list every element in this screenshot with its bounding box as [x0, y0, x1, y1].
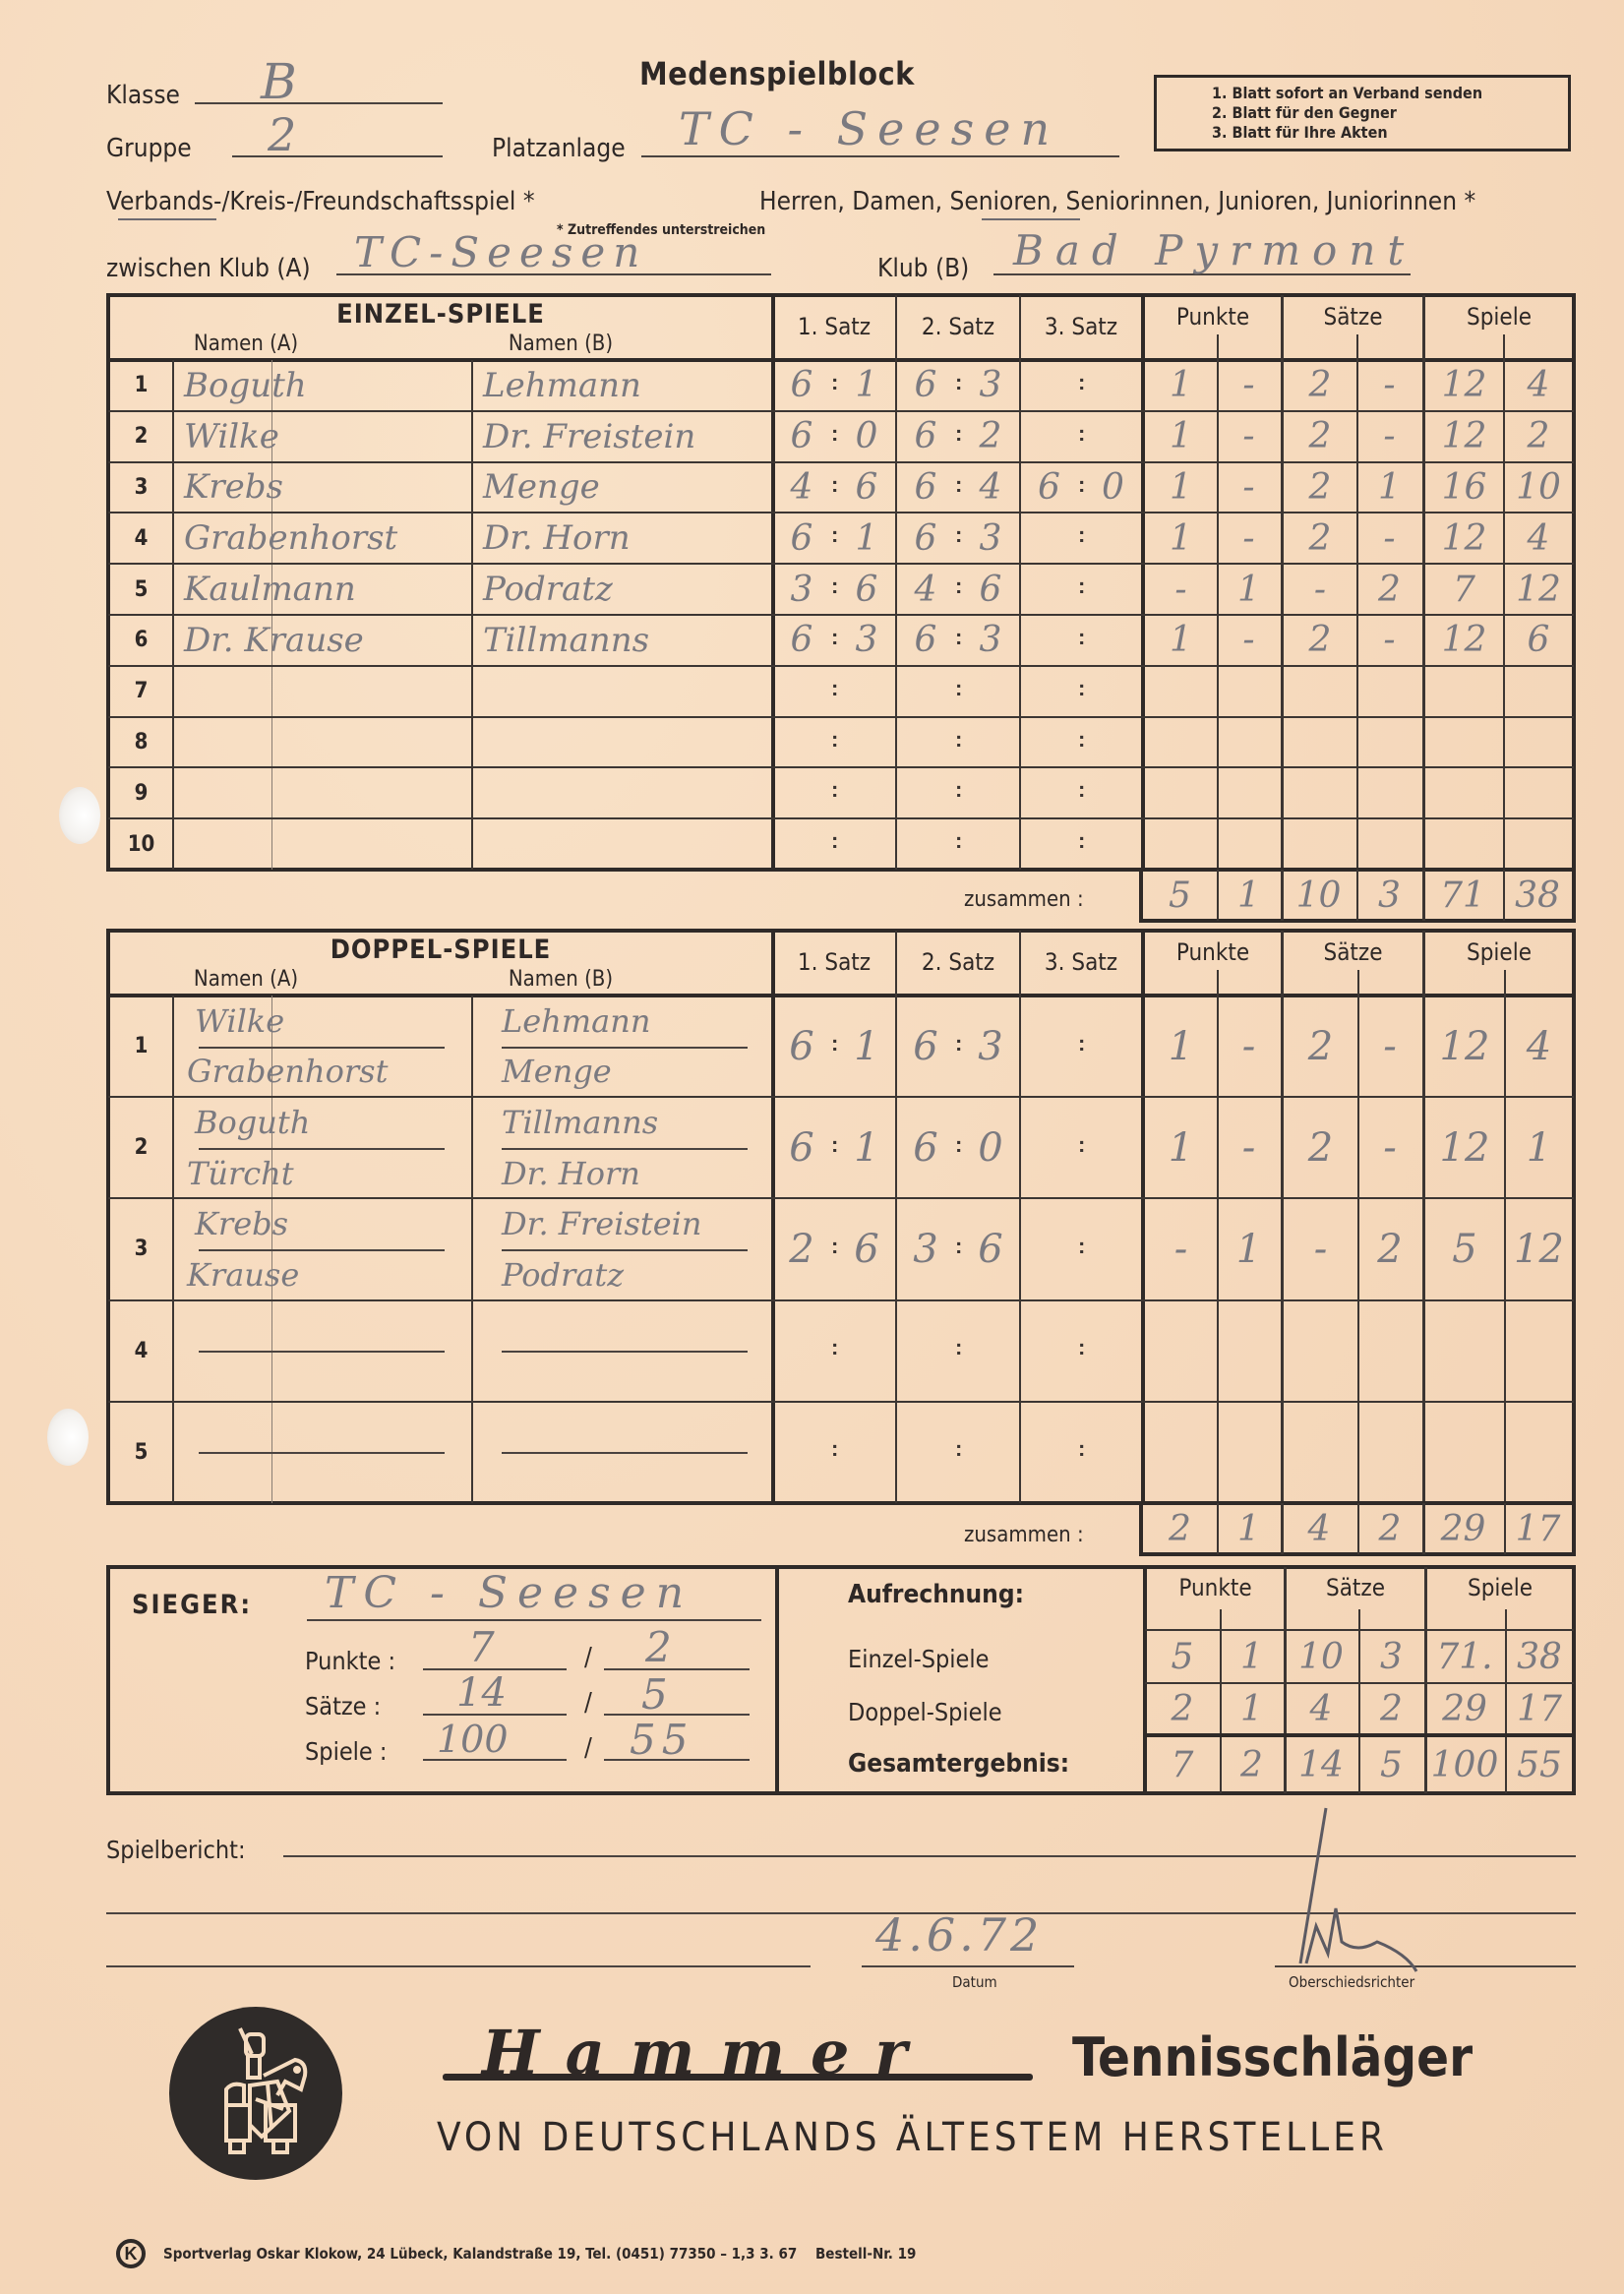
- einzel-punkte-a[interactable]: 1: [1145, 411, 1217, 462]
- einzel-s2-a[interactable]: [897, 666, 954, 717]
- doppel-spiele-a[interactable]: 12: [1425, 1097, 1504, 1198]
- einzel-name-b[interactable]: Podratz: [473, 564, 771, 615]
- doppel-name-a1[interactable]: Boguth: [185, 1097, 470, 1148]
- doppel-s2-b[interactable]: 3: [962, 996, 1019, 1097]
- doppel-name-a1[interactable]: [185, 1300, 470, 1352]
- klub-a-field[interactable]: TC-Seesen: [354, 228, 647, 276]
- einzel-s2-a[interactable]: 6: [897, 462, 954, 513]
- einzel-saetze-b[interactable]: [1356, 767, 1422, 818]
- einzel-s3-a[interactable]: [1021, 666, 1077, 717]
- einzel-punkte-a[interactable]: 1: [1145, 360, 1217, 411]
- einzel-saetze-a[interactable]: [1284, 767, 1356, 818]
- einzel-zusammen-value[interactable]: 1: [1217, 870, 1281, 921]
- einzel-s3-a[interactable]: [1021, 360, 1077, 411]
- doppel-s1-a[interactable]: [773, 1402, 830, 1503]
- aufrechnung-value[interactable]: 2: [1220, 1737, 1284, 1792]
- doppel-spiele-a[interactable]: 5: [1425, 1198, 1504, 1299]
- aufrechnung-value[interactable]: 3: [1358, 1631, 1424, 1682]
- einzel-s2-a[interactable]: 6: [897, 411, 954, 462]
- einzel-punkte-b[interactable]: -: [1217, 360, 1281, 411]
- einzel-name-a[interactable]: Krebs: [174, 462, 471, 513]
- doppel-punkte-a[interactable]: -: [1145, 1198, 1217, 1299]
- einzel-s1-b[interactable]: 1: [838, 513, 895, 564]
- doppel-name-b2[interactable]: [492, 1452, 771, 1503]
- einzel-spiele-b[interactable]: [1503, 717, 1574, 768]
- sieger-spiele-b[interactable]: 55: [630, 1716, 693, 1764]
- aufrechnung-value[interactable]: 55: [1505, 1737, 1574, 1792]
- sieger-label: SIEGER:: [132, 1590, 252, 1620]
- doppel-name-b2[interactable]: Menge: [492, 1047, 771, 1098]
- einzel-name-a[interactable]: Dr. Krause: [174, 615, 471, 666]
- einzel-spiele-a[interactable]: 7: [1425, 564, 1503, 615]
- einzel-punkte-a[interactable]: [1145, 666, 1217, 717]
- doppel-title: DOPPEL-SPIELE: [110, 933, 771, 966]
- einzel-s1-a[interactable]: 6: [773, 411, 830, 462]
- doppel-row-number: 3: [110, 1198, 172, 1299]
- einzel-s2-b[interactable]: [962, 767, 1019, 818]
- einzel-punkte-b[interactable]: -: [1217, 462, 1281, 513]
- einzel-spiele-b[interactable]: 6: [1503, 615, 1574, 666]
- doppel-spiele-a[interactable]: [1425, 1402, 1504, 1503]
- einzel-s2-a[interactable]: [897, 818, 954, 870]
- einzel-saetze-b[interactable]: -: [1356, 615, 1422, 666]
- doppel-row-number: 2: [110, 1097, 172, 1198]
- aufrechnung-value[interactable]: 14: [1284, 1737, 1358, 1792]
- einzel-name-b[interactable]: [473, 767, 771, 818]
- gruppe-line: [232, 155, 443, 157]
- doppel-name-a1[interactable]: Krebs: [185, 1198, 470, 1249]
- signature[interactable]: [1220, 1806, 1475, 1993]
- doppel-spiele-a[interactable]: [1425, 1300, 1504, 1402]
- doppel-zusammen-value[interactable]: 1: [1217, 1503, 1281, 1554]
- einzel-s1-b[interactable]: [838, 818, 895, 870]
- doppel-saetze-b[interactable]: -: [1357, 1097, 1422, 1198]
- doppel-saetze-b[interactable]: [1357, 1402, 1422, 1503]
- einzel-s1-a[interactable]: 6: [773, 360, 830, 411]
- footer-imprint: Sportverlag Oskar Klokow, 24 Lübeck, Kal…: [163, 2245, 916, 2263]
- einzel-punkte-b[interactable]: -: [1217, 513, 1281, 564]
- doppel-punkte-a[interactable]: 1: [1145, 1097, 1217, 1198]
- doppel-col-spiele: Spiele: [1425, 933, 1573, 972]
- einzel-s2-b[interactable]: [962, 717, 1019, 768]
- einzel-s3-a[interactable]: [1021, 615, 1077, 666]
- einzel-s3-b[interactable]: [1085, 717, 1141, 768]
- einzel-s2-a[interactable]: [897, 767, 954, 818]
- sieger-punkte-a[interactable]: 7: [468, 1623, 495, 1671]
- einzel-name-a[interactable]: Kaulmann: [174, 564, 471, 615]
- einzel-punkte-a[interactable]: 1: [1145, 615, 1217, 666]
- einzel-zusammen-value[interactable]: 71: [1422, 870, 1503, 921]
- einzel-s1-b[interactable]: 1: [838, 360, 895, 411]
- einzel-punkte-a[interactable]: -: [1145, 564, 1217, 615]
- sieger-punkte-b[interactable]: 2: [645, 1623, 672, 1671]
- einzel-s2-b[interactable]: 6: [962, 564, 1019, 615]
- klasse-field[interactable]: B: [261, 53, 297, 110]
- einzel-s1-a[interactable]: 6: [773, 513, 830, 564]
- einzel-row-number: 3: [110, 462, 172, 513]
- einzel-name-b[interactable]: [473, 818, 771, 870]
- einzel-s3-b[interactable]: [1085, 564, 1141, 615]
- punch-hole-top: [59, 787, 100, 844]
- einzel-col-satz3: 3. Satz: [1021, 295, 1141, 358]
- datum-field[interactable]: 4.6.72: [875, 1908, 1043, 1962]
- platzanlage-line: [641, 155, 1119, 157]
- doppel-punkte-a[interactable]: 1: [1145, 996, 1217, 1097]
- einzel-s3-a[interactable]: [1021, 411, 1077, 462]
- aufrechnung-value[interactable]: 7: [1145, 1737, 1220, 1792]
- einzel-spiele-b[interactable]: 4: [1503, 360, 1574, 411]
- klub-b-field[interactable]: Bad Pyrmont: [1013, 226, 1415, 274]
- doppel-s1-a[interactable]: 6: [773, 996, 830, 1097]
- doppel-name-a2[interactable]: Türcht: [177, 1148, 470, 1199]
- aufrechnung-value[interactable]: 100: [1424, 1737, 1505, 1792]
- datum-label: Datum: [952, 1973, 997, 1991]
- einzel-s1-a[interactable]: [773, 818, 830, 870]
- doppel-name-b1[interactable]: Dr. Freistein: [492, 1198, 771, 1249]
- aufrechnung-value[interactable]: 29: [1424, 1684, 1505, 1733]
- doppel-col-names-a: Namen (A): [157, 964, 334, 994]
- doppel-name-a1[interactable]: Wilke: [185, 996, 470, 1047]
- doppel-s1-a[interactable]: [773, 1300, 830, 1402]
- einzel-spiele-b[interactable]: [1503, 666, 1574, 717]
- gruppe-field[interactable]: 2: [268, 108, 296, 161]
- doppel-s1-a[interactable]: 6: [773, 1097, 830, 1198]
- einzel-punkte-a[interactable]: 1: [1145, 513, 1217, 564]
- einzel-saetze-a[interactable]: [1284, 717, 1356, 768]
- einzel-spiele-b[interactable]: [1503, 818, 1574, 870]
- einzel-s2-b[interactable]: [962, 818, 1019, 870]
- einzel-saetze-a[interactable]: -: [1284, 564, 1356, 615]
- doppel-name-a2[interactable]: Grabenhorst: [177, 1047, 470, 1098]
- einzel-s3-b[interactable]: [1085, 411, 1141, 462]
- einzel-saetze-a[interactable]: 2: [1284, 615, 1356, 666]
- aufrechnung-col-spiele: Spiele: [1427, 1568, 1573, 1607]
- doppel-saetze-a[interactable]: [1284, 1402, 1357, 1503]
- einzel-s1-a[interactable]: [773, 717, 830, 768]
- einzel-saetze-b[interactable]: 1: [1356, 462, 1422, 513]
- page-title: Medenspielblock: [639, 55, 915, 92]
- einzel-s2-b[interactable]: 3: [962, 513, 1019, 564]
- einzel-name-b[interactable]: Tillmanns: [473, 615, 771, 666]
- einzel-s3-a[interactable]: 6: [1021, 462, 1077, 513]
- gruppe-label: Gruppe: [106, 134, 192, 163]
- einzel-spiele-a[interactable]: [1425, 666, 1503, 717]
- einzel-name-b[interactable]: [473, 666, 771, 717]
- doppel-s1-b[interactable]: 1: [838, 1097, 895, 1198]
- doppel-s3-b[interactable]: [1085, 1097, 1141, 1198]
- einzel-s2-b[interactable]: 3: [962, 615, 1019, 666]
- platzanlage-field[interactable]: TC - Seesen: [679, 102, 1059, 155]
- einzel-saetze-b[interactable]: [1356, 717, 1422, 768]
- aufrechnung-value[interactable]: 4: [1284, 1684, 1358, 1733]
- einzel-spiele-a[interactable]: 16: [1425, 462, 1503, 513]
- einzel-spiele-a[interactable]: 12: [1425, 513, 1503, 564]
- doppel-s3-a[interactable]: [1021, 1402, 1077, 1503]
- doppel-s3-b[interactable]: [1085, 1198, 1141, 1299]
- einzel-s2-a[interactable]: 6: [897, 615, 954, 666]
- doppel-name-b2[interactable]: Dr. Horn: [492, 1148, 771, 1199]
- einzel-punkte-a[interactable]: [1145, 767, 1217, 818]
- einzel-spiele-b[interactable]: 10: [1503, 462, 1574, 513]
- einzel-col-spiele: Spiele: [1425, 297, 1573, 336]
- doppel-s2-a[interactable]: 6: [897, 1097, 954, 1198]
- doppel-s2-a[interactable]: 3: [897, 1198, 954, 1299]
- aufrechnung-value[interactable]: 2: [1358, 1684, 1424, 1733]
- einzel-punkte-a[interactable]: [1145, 818, 1217, 870]
- doppel-name-b1[interactable]: [492, 1300, 771, 1352]
- einzel-name-b[interactable]: Menge: [473, 462, 771, 513]
- einzel-saetze-b[interactable]: [1356, 666, 1422, 717]
- einzel-s1-b[interactable]: 3: [838, 615, 895, 666]
- doppel-s3-b[interactable]: [1085, 1402, 1141, 1503]
- einzel-spiele-a[interactable]: [1425, 717, 1503, 768]
- einzel-s1-a[interactable]: [773, 666, 830, 717]
- doppel-saetze-b[interactable]: 2: [1357, 1198, 1422, 1299]
- doppel-spiele-b[interactable]: [1504, 1402, 1574, 1503]
- einzel-name-a[interactable]: Boguth: [174, 360, 471, 411]
- doppel-name-a1[interactable]: [185, 1402, 470, 1453]
- doppel-spiele-b[interactable]: 4: [1504, 996, 1574, 1097]
- doppel-s3-a[interactable]: [1021, 1300, 1077, 1402]
- einzel-saetze-a[interactable]: [1284, 666, 1356, 717]
- einzel-saetze-a[interactable]: 2: [1284, 513, 1356, 564]
- einzel-s2-b[interactable]: 4: [962, 462, 1019, 513]
- einzel-punkte-a[interactable]: [1145, 717, 1217, 768]
- doppel-zusammen-value[interactable]: 4: [1281, 1503, 1357, 1554]
- doppel-s1-b[interactable]: [838, 1402, 895, 1503]
- doppel-punkte-b[interactable]: -: [1217, 1097, 1281, 1198]
- einzel-s3-b[interactable]: [1085, 666, 1141, 717]
- doppel-name-b1[interactable]: Lehmann: [492, 996, 771, 1047]
- einzel-saetze-b[interactable]: -: [1356, 513, 1422, 564]
- doppel-punkte-b[interactable]: 1: [1217, 1198, 1281, 1299]
- aufrechnung-doppel-label: Doppel-Spiele: [848, 1698, 1002, 1726]
- doppel-saetze-a[interactable]: 2: [1284, 1097, 1357, 1198]
- einzel-s1-b[interactable]: 6: [838, 564, 895, 615]
- ad-slogan: VON DEUTSCHLANDS ÄLTESTEM HERSTELLER: [437, 2115, 1388, 2160]
- einzel-s2-a[interactable]: 6: [897, 360, 954, 411]
- aufrechnung-value[interactable]: 5: [1145, 1631, 1220, 1682]
- einzel-spiele-a[interactable]: 12: [1425, 411, 1503, 462]
- einzel-name-b[interactable]: Lehmann: [473, 360, 771, 411]
- einzel-name-a[interactable]: Grabenhorst: [174, 513, 471, 564]
- doppel-name-b1[interactable]: Tillmanns: [492, 1097, 771, 1148]
- doppel-name-a2[interactable]: Krause: [177, 1249, 470, 1300]
- einzel-s2-a[interactable]: 4: [897, 564, 954, 615]
- aufrechnung-value[interactable]: 1: [1220, 1631, 1284, 1682]
- einzel-saetze-a[interactable]: 2: [1284, 462, 1356, 513]
- datum-line: [862, 1965, 1074, 1967]
- einzel-spiele-b[interactable]: 2: [1503, 411, 1574, 462]
- einzel-name-b[interactable]: Dr. Horn: [473, 513, 771, 564]
- doppel-punkte-b[interactable]: -: [1217, 996, 1281, 1097]
- einzel-s3-b[interactable]: [1085, 360, 1141, 411]
- punch-hole-bottom: [47, 1409, 89, 1466]
- einzel-saetze-b[interactable]: -: [1356, 411, 1422, 462]
- einzel-row-number: 1: [110, 360, 172, 411]
- aufrechnung-value[interactable]: 71.: [1424, 1631, 1505, 1682]
- einzel-punkte-b[interactable]: [1217, 818, 1281, 870]
- einzel-spiele-b[interactable]: 4: [1503, 513, 1574, 564]
- einzel-s2-b[interactable]: 2: [962, 411, 1019, 462]
- doppel-spiele-b[interactable]: 1: [1504, 1097, 1574, 1198]
- einzel-spiele-a[interactable]: [1425, 818, 1503, 870]
- doppel-s2-a[interactable]: [897, 1300, 954, 1402]
- doppel-saetze-b[interactable]: -: [1357, 996, 1422, 1097]
- einzel-s3-a[interactable]: [1021, 513, 1077, 564]
- einzel-col-saetze: Sätze: [1284, 297, 1422, 336]
- einzel-s3-a[interactable]: [1021, 818, 1077, 870]
- doppel-spiele-b[interactable]: [1504, 1300, 1574, 1402]
- einzel-row-number: 7: [110, 666, 172, 717]
- doppel-zusammen-value[interactable]: 17: [1504, 1503, 1572, 1554]
- doppel-s2-b[interactable]: 0: [962, 1097, 1019, 1198]
- einzel-s2-b[interactable]: [962, 666, 1019, 717]
- doppel-name-b1[interactable]: [492, 1402, 771, 1453]
- einzel-punkte-b[interactable]: -: [1217, 411, 1281, 462]
- einzel-saetze-a[interactable]: 2: [1284, 411, 1356, 462]
- einzel-punkte-b[interactable]: -: [1217, 615, 1281, 666]
- doppel-s1-a[interactable]: 2: [773, 1198, 830, 1299]
- kategorien-label: Herren, Damen, Senioren, Seniorinnen, Ju…: [759, 187, 1475, 216]
- einzel-spiele-a[interactable]: 12: [1425, 615, 1503, 666]
- sieger-saetze-b[interactable]: 5: [641, 1670, 668, 1719]
- einzel-name-a[interactable]: [174, 818, 471, 870]
- doppel-punkte-a[interactable]: [1145, 1300, 1217, 1402]
- einzel-s1-b[interactable]: 0: [838, 411, 895, 462]
- einzel-saetze-b[interactable]: [1356, 818, 1422, 870]
- einzel-s3-a[interactable]: [1021, 564, 1077, 615]
- einzel-name-b[interactable]: Dr. Freistein: [473, 411, 771, 462]
- einzel-row-number: 2: [110, 411, 172, 462]
- einzel-name-a[interactable]: [174, 717, 471, 768]
- doppel-spiele-b[interactable]: 12: [1504, 1198, 1574, 1299]
- einzel-s1-a[interactable]: 6: [773, 615, 830, 666]
- klasse-line: [195, 102, 443, 104]
- doppel-s3-b[interactable]: [1085, 996, 1141, 1097]
- einzel-punkte-b[interactable]: 1: [1217, 564, 1281, 615]
- aufrechnung-value[interactable]: 17: [1505, 1684, 1574, 1733]
- einzel-s1-b[interactable]: [838, 717, 895, 768]
- einzel-spiele-a[interactable]: 12: [1425, 360, 1503, 411]
- klub-a-label: zwischen Klub (A): [106, 254, 311, 283]
- doppel-s2-a[interactable]: [897, 1402, 954, 1503]
- doppel-col-satz3: 3. Satz: [1021, 931, 1141, 994]
- einzel-punkte-b[interactable]: [1217, 767, 1281, 818]
- einzel-col-punkte: Punkte: [1145, 297, 1281, 336]
- einzel-s1-b[interactable]: 6: [838, 462, 895, 513]
- sieger-field[interactable]: TC - Seesen: [325, 1568, 693, 1618]
- doppel-s3-a[interactable]: [1021, 1198, 1077, 1299]
- einzel-punkte-b[interactable]: [1217, 717, 1281, 768]
- einzel-spiele-a[interactable]: [1425, 767, 1503, 818]
- einzel-s1-a[interactable]: 4: [773, 462, 830, 513]
- einzel-row-number: 9: [110, 767, 172, 818]
- aufrechnung-value[interactable]: 1: [1220, 1684, 1284, 1733]
- einzel-saetze-b[interactable]: 2: [1356, 564, 1422, 615]
- einzel-zusammen-value[interactable]: 38: [1503, 870, 1572, 921]
- doppel-saetze-a[interactable]: [1284, 1300, 1357, 1402]
- einzel-saetze-b[interactable]: -: [1356, 360, 1422, 411]
- aufrechnung-value[interactable]: 2: [1145, 1684, 1220, 1733]
- einzel-s3-b[interactable]: [1085, 513, 1141, 564]
- klub-b-label: Klub (B): [877, 254, 969, 283]
- spielbericht-line-3[interactable]: [106, 1965, 811, 1967]
- einzel-s1-b[interactable]: [838, 666, 895, 717]
- doppel-s3-b[interactable]: [1085, 1300, 1141, 1402]
- einzel-s1-b[interactable]: [838, 767, 895, 818]
- doppel-s1-b[interactable]: 6: [838, 1198, 895, 1299]
- einzel-row-number: 5: [110, 564, 172, 615]
- doppel-name-a2[interactable]: [177, 1351, 470, 1402]
- einzel-name-a[interactable]: [174, 767, 471, 818]
- einzel-s2-b[interactable]: 3: [962, 360, 1019, 411]
- einzel-s2-a[interactable]: 6: [897, 513, 954, 564]
- doppel-s2-b[interactable]: [962, 1300, 1019, 1402]
- einzel-s2-a[interactable]: [897, 717, 954, 768]
- sieger-saetze-a[interactable]: 14: [456, 1670, 507, 1716]
- einzel-s3-b[interactable]: [1085, 615, 1141, 666]
- einzel-s3-b[interactable]: [1085, 818, 1141, 870]
- einzel-spiele-b[interactable]: 12: [1503, 564, 1574, 615]
- einzel-punkte-b[interactable]: [1217, 666, 1281, 717]
- einzel-saetze-a[interactable]: [1284, 818, 1356, 870]
- doppel-saetze-a[interactable]: 2: [1284, 996, 1357, 1097]
- doppel-s1-b[interactable]: 1: [838, 996, 895, 1097]
- sieger-punkte-label: Punkte :: [305, 1647, 395, 1675]
- doppel-s3-a[interactable]: [1021, 1097, 1077, 1198]
- einzel-s3-b[interactable]: [1085, 767, 1141, 818]
- doppel-saetze-a[interactable]: -: [1284, 1198, 1357, 1299]
- einzel-spiele-b[interactable]: [1503, 767, 1574, 818]
- einzel-name-b[interactable]: [473, 717, 771, 768]
- doppel-name-b2[interactable]: [492, 1351, 771, 1402]
- einzel-zusammen-value[interactable]: 5: [1143, 870, 1217, 921]
- hammer-brand: Hammer: [443, 2017, 1033, 2095]
- einzel-name-a[interactable]: [174, 666, 471, 717]
- einzel-saetze-a[interactable]: 2: [1284, 360, 1356, 411]
- einzel-s3-a[interactable]: [1021, 717, 1077, 768]
- doppel-s2-b[interactable]: [962, 1402, 1019, 1503]
- doppel-s3-a[interactable]: [1021, 996, 1077, 1097]
- doppel-name-b2[interactable]: Podratz: [492, 1249, 771, 1300]
- aufrechnung-value[interactable]: 10: [1284, 1631, 1358, 1682]
- doppel-zusammen-value[interactable]: 2: [1357, 1503, 1422, 1554]
- aufrechnung-value[interactable]: 5: [1358, 1737, 1424, 1792]
- aufrechnung-value[interactable]: 38: [1505, 1631, 1574, 1682]
- doppel-punkte-a[interactable]: [1145, 1402, 1217, 1503]
- doppel-s2-b[interactable]: 6: [962, 1198, 1019, 1299]
- doppel-spiele-a[interactable]: 12: [1425, 996, 1504, 1097]
- einzel-s3-a[interactable]: [1021, 767, 1077, 818]
- doppel-zusammen-value[interactable]: 2: [1143, 1503, 1217, 1554]
- einzel-zusammen-value[interactable]: 10: [1281, 870, 1356, 921]
- doppel-zusammen-value[interactable]: 29: [1422, 1503, 1504, 1554]
- einzel-punkte-a[interactable]: 1: [1145, 462, 1217, 513]
- einzel-s1-a[interactable]: 3: [773, 564, 830, 615]
- doppel-s2-a[interactable]: 6: [897, 996, 954, 1097]
- doppel-punkte-b[interactable]: [1217, 1300, 1281, 1402]
- einzel-zusammen-value[interactable]: 3: [1356, 870, 1422, 921]
- einzel-s3-b[interactable]: 0: [1085, 462, 1141, 513]
- sieger-spiele-a[interactable]: 100: [437, 1718, 509, 1761]
- einzel-s1-a[interactable]: [773, 767, 830, 818]
- doppel-punkte-b[interactable]: [1217, 1402, 1281, 1503]
- doppel-s1-b[interactable]: [838, 1300, 895, 1402]
- doppel-saetze-b[interactable]: [1357, 1300, 1422, 1402]
- doppel-name-a2[interactable]: [177, 1452, 470, 1503]
- einzel-name-a[interactable]: Wilke: [174, 411, 471, 462]
